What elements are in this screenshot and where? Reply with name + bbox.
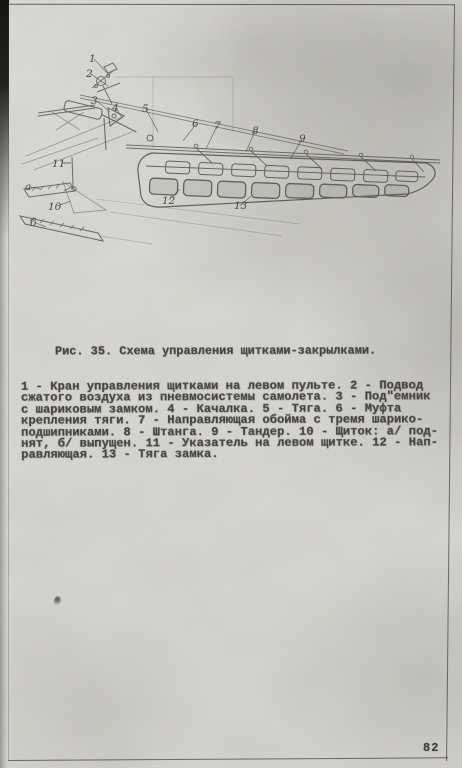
page-border-top (9, 4, 455, 5)
page-border-bottom (8, 757, 448, 761)
page-border-right (446, 4, 455, 761)
page-frame (0, 0, 462, 768)
scanned-manual-page: 1 2 3 4 5 6 7 8 9 10 11 12 13 а б Рис. 3… (0, 0, 462, 768)
page-border-left (8, 4, 9, 761)
